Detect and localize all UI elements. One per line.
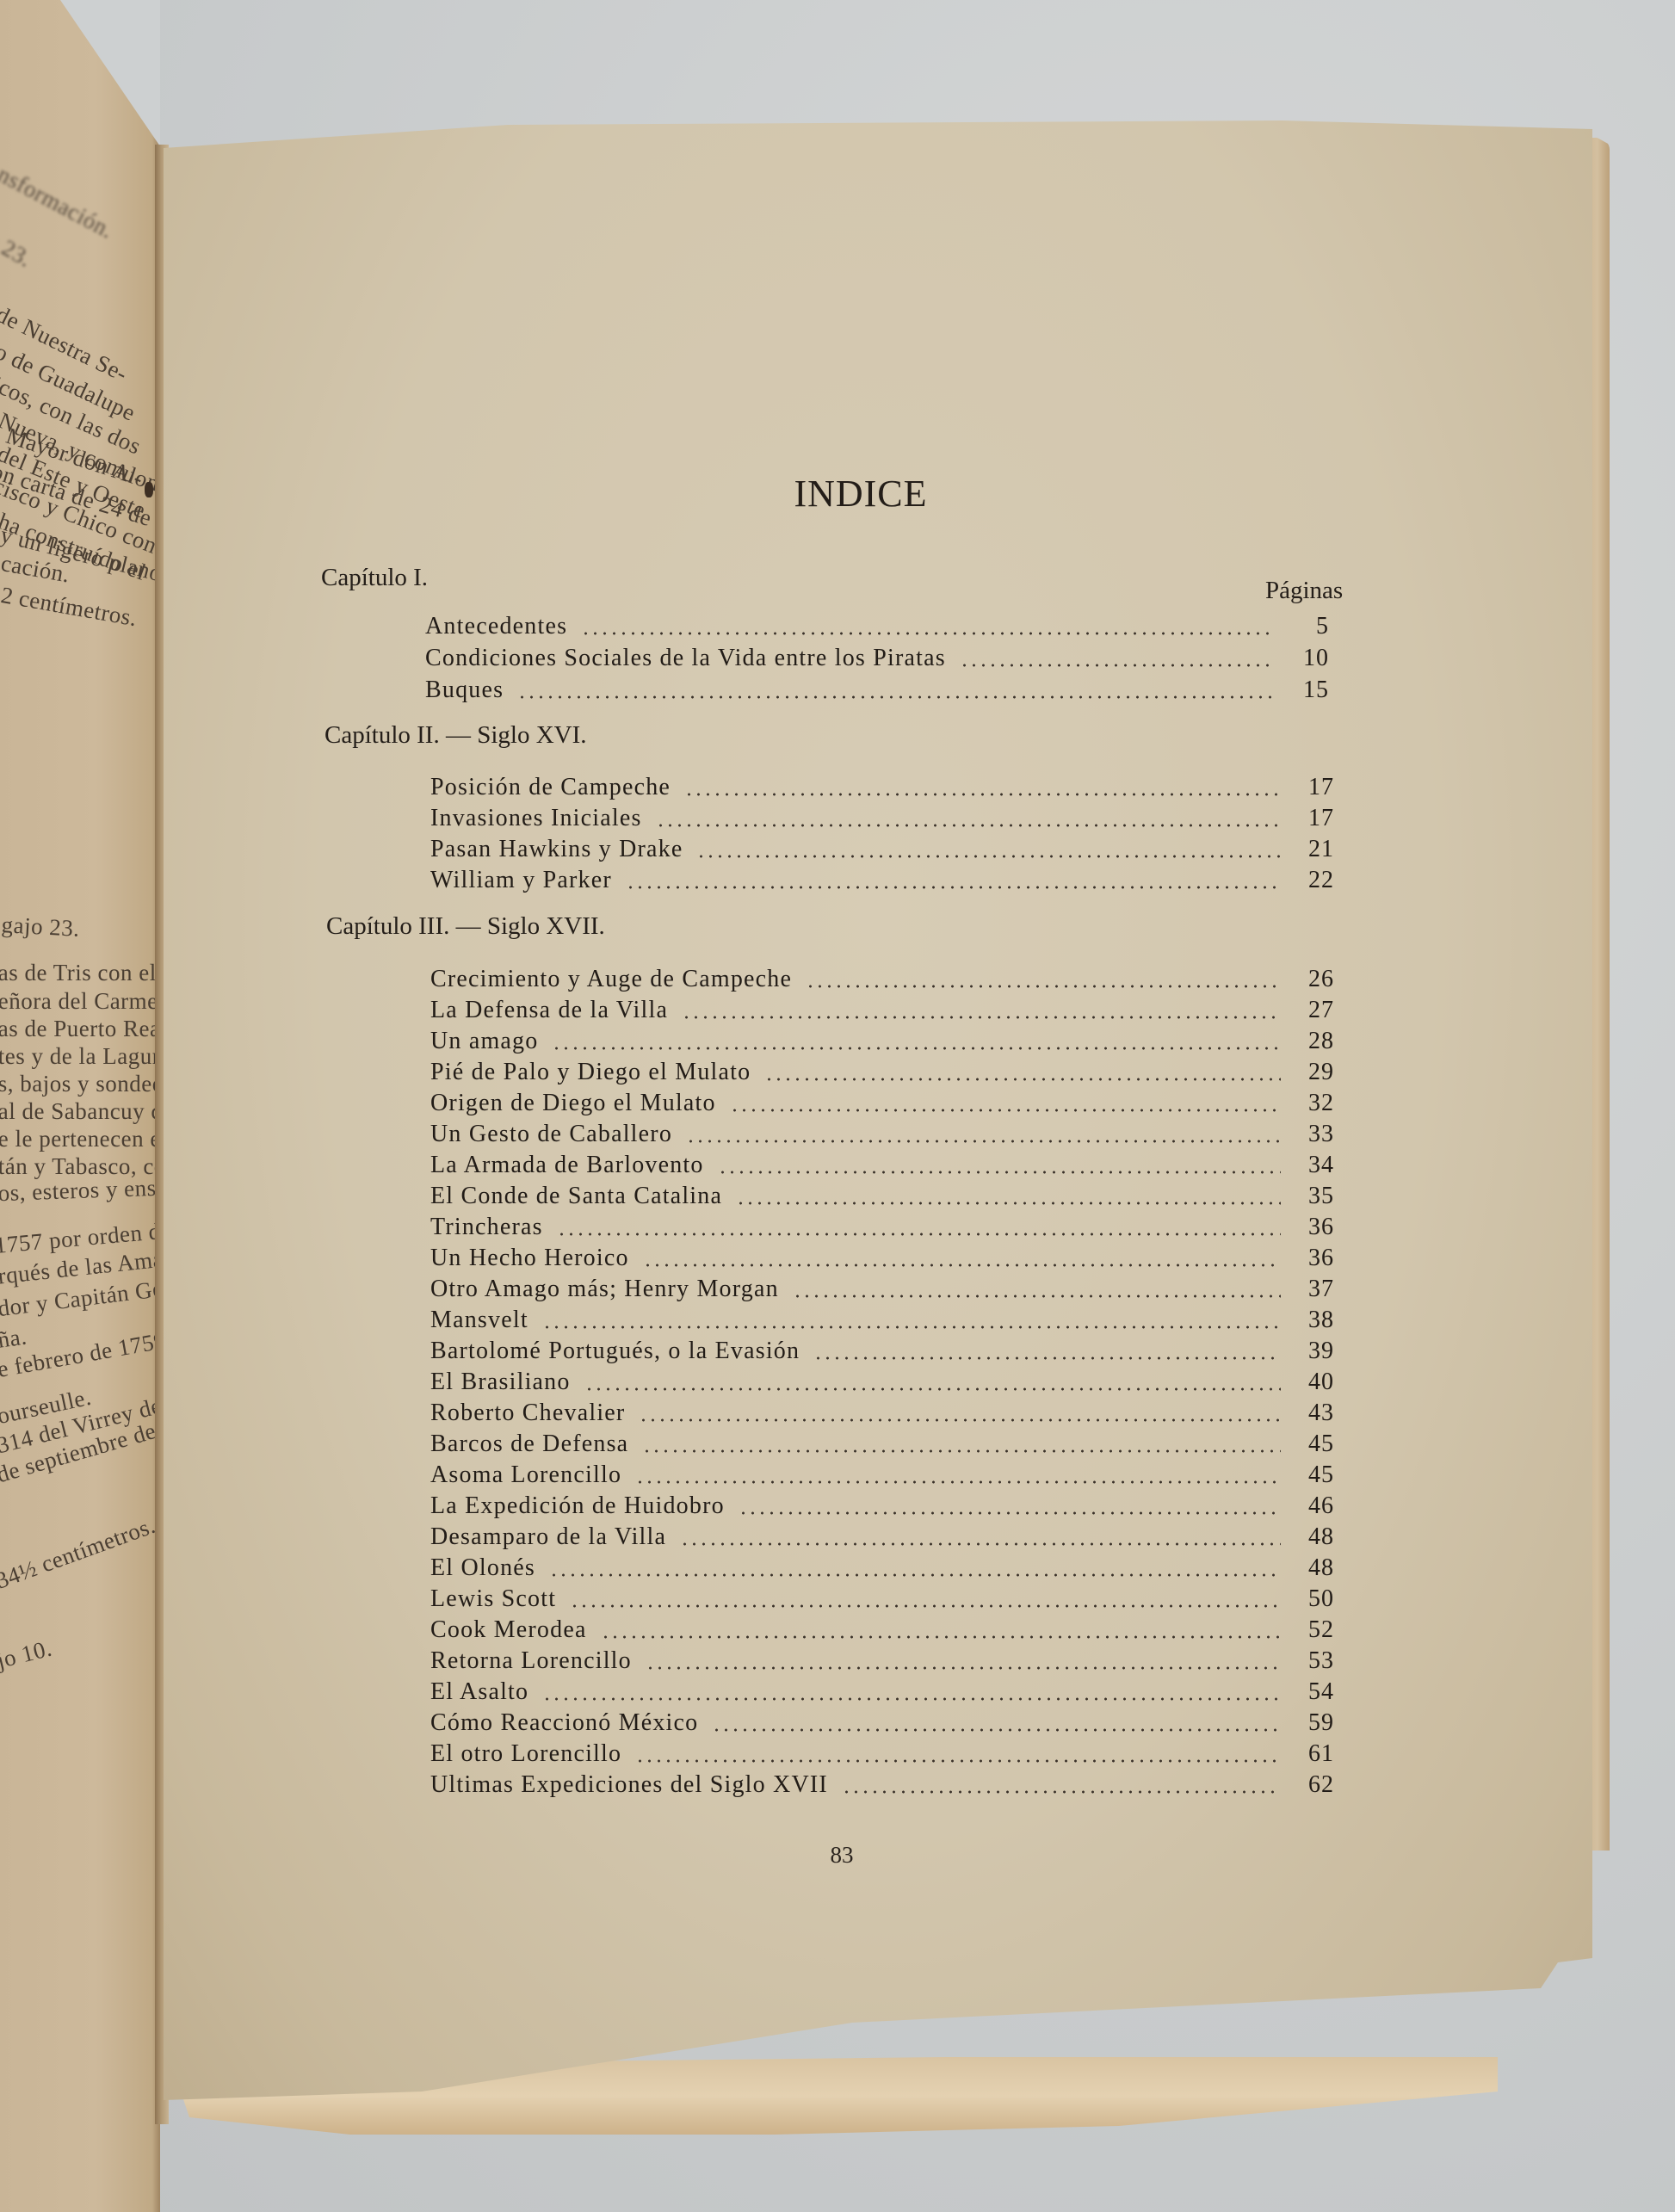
toc-entry: Lewis Scott50	[430, 1582, 1334, 1613]
toc-entry: Desamparo de la Villa48	[430, 1520, 1334, 1551]
entry-page: 54	[1293, 1678, 1334, 1706]
page-number: 83	[0, 1842, 1675, 1869]
entry-title: Asoma Lorencillo	[430, 1461, 621, 1489]
entry-page: 59	[1293, 1709, 1334, 1737]
pages-column-header: Páginas	[1265, 577, 1343, 605]
chapter-heading: Capítulo I.	[321, 564, 428, 592]
entry-page: 10	[1288, 645, 1329, 672]
leader-dots	[601, 1635, 1281, 1639]
entry-page: 26	[1293, 966, 1334, 993]
entry-title: William y Parker	[430, 867, 612, 894]
index-content: INDICE Capítulo I. Páginas Antecedentes5…	[0, 0, 1675, 2212]
entry-page: 37	[1293, 1276, 1334, 1303]
toc-entry: Origen de Diego el Mulato32	[430, 1086, 1334, 1117]
leader-dots	[806, 985, 1281, 988]
entry-page: 61	[1293, 1740, 1334, 1768]
toc-entry: Retorna Lorencillo53	[430, 1644, 1334, 1675]
leader-dots	[718, 1171, 1281, 1174]
toc-entry: Asoma Lorencillo45	[430, 1458, 1334, 1489]
entry-title: El Brasiliano	[430, 1369, 571, 1396]
leader-dots	[696, 855, 1281, 858]
entry-page: 28	[1293, 1028, 1334, 1055]
toc-entry: William y Parker22	[430, 863, 1334, 894]
toc-entry: Crecimiento y Auge de Campeche26	[430, 962, 1334, 993]
entry-page: 5	[1288, 613, 1329, 640]
toc-entry: Un Gesto de Caballero33	[430, 1117, 1334, 1148]
entry-page: 43	[1293, 1399, 1334, 1427]
leader-dots	[643, 1264, 1281, 1267]
leader-dots	[739, 1511, 1281, 1515]
entry-page: 53	[1293, 1647, 1334, 1675]
entry-title: Origen de Diego el Mulato	[430, 1090, 716, 1117]
entry-title: Cook Merodea	[430, 1616, 587, 1644]
toc-entry: Cómo Reaccionó México59	[430, 1706, 1334, 1737]
entry-title: Posición de Campeche	[430, 774, 671, 801]
entry-page: 32	[1293, 1090, 1334, 1117]
leader-dots	[684, 793, 1281, 796]
leader-dots	[552, 1047, 1281, 1050]
toc-entry: Pié de Palo y Diego el Mulato29	[430, 1055, 1334, 1086]
leader-dots	[635, 1480, 1281, 1484]
toc-entry: Buques15	[425, 673, 1329, 704]
leader-dots	[656, 824, 1281, 827]
leader-dots	[626, 886, 1281, 889]
entry-title: Trincheras	[430, 1214, 543, 1241]
leader-dots	[736, 1202, 1281, 1205]
entry-page: 33	[1293, 1121, 1334, 1148]
toc-entry: Condiciones Sociales de la Vida entre lo…	[425, 641, 1329, 672]
toc-entry: El otro Lorencillo61	[430, 1737, 1334, 1768]
entry-title: Cómo Reaccionó México	[430, 1709, 698, 1737]
chapter-heading: Capítulo III. — Siglo XVII.	[326, 912, 605, 941]
entry-title: Crecimiento y Auge de Campeche	[430, 966, 792, 993]
leader-dots	[542, 1325, 1281, 1329]
entry-page: 45	[1293, 1461, 1334, 1489]
leader-dots	[813, 1356, 1281, 1360]
entry-page: 21	[1293, 836, 1334, 863]
entry-page: 45	[1293, 1430, 1334, 1458]
entry-page: 17	[1293, 805, 1334, 832]
leader-dots	[842, 1790, 1281, 1794]
entry-page: 62	[1293, 1771, 1334, 1799]
entry-page: 48	[1293, 1523, 1334, 1551]
entry-page: 40	[1293, 1369, 1334, 1396]
leader-dots	[793, 1294, 1281, 1298]
entry-title: Ultimas Expediciones del Siglo XVII	[430, 1771, 828, 1799]
entry-title: La Armada de Barlovento	[430, 1152, 704, 1179]
entry-page: 46	[1293, 1492, 1334, 1520]
toc-entry: La Armada de Barlovento34	[430, 1148, 1334, 1179]
entry-title: Un amago	[430, 1028, 538, 1055]
toc-entry: Bartolomé Portugués, o la Evasión39	[430, 1334, 1334, 1365]
entry-title: Condiciones Sociales de la Vida entre lo…	[425, 645, 946, 672]
entry-title: Un Hecho Heroico	[430, 1245, 629, 1272]
entry-page: 38	[1293, 1307, 1334, 1334]
leader-dots	[960, 664, 1276, 667]
leader-dots	[581, 632, 1276, 635]
entry-title: El Asalto	[430, 1678, 528, 1706]
leader-dots	[642, 1449, 1281, 1453]
entry-title: Buques	[425, 677, 504, 704]
entry-page: 48	[1293, 1554, 1334, 1582]
entry-page: 15	[1288, 677, 1329, 704]
entry-title: Lewis Scott	[430, 1585, 556, 1613]
toc-entry: Invasiones Iniciales17	[430, 801, 1334, 832]
leader-dots	[542, 1697, 1281, 1701]
toc-entry: El Asalto54	[430, 1675, 1334, 1706]
entry-page: 35	[1293, 1183, 1334, 1210]
toc-entry: Mansvelt38	[430, 1303, 1334, 1334]
leader-dots	[686, 1140, 1281, 1143]
title-text: INDICE	[794, 473, 927, 515]
entry-title: Antecedentes	[425, 613, 567, 640]
entry-title: Un Gesto de Caballero	[430, 1121, 672, 1148]
page-title: INDICE	[0, 472, 1675, 516]
entry-title: Retorna Lorencillo	[430, 1647, 632, 1675]
entry-page: 34	[1293, 1152, 1334, 1179]
toc-entry: El Olonés48	[430, 1551, 1334, 1582]
entry-page: 22	[1293, 867, 1334, 894]
leader-dots	[517, 695, 1276, 699]
leader-dots	[557, 1233, 1281, 1236]
entry-page: 52	[1293, 1616, 1334, 1644]
leader-dots	[682, 1016, 1281, 1019]
toc-entry: La Expedición de Huidobro46	[430, 1489, 1334, 1520]
entry-title: La Defensa de la Villa	[430, 997, 668, 1024]
toc-entry: El Conde de Santa Catalina35	[430, 1179, 1334, 1210]
entry-title: Desamparo de la Villa	[430, 1523, 666, 1551]
entry-title: Roberto Chevalier	[430, 1399, 625, 1427]
leader-dots	[570, 1604, 1281, 1608]
leader-dots	[549, 1573, 1281, 1577]
leader-dots	[680, 1542, 1281, 1546]
entry-title: Bartolomé Portugués, o la Evasión	[430, 1338, 800, 1365]
leader-dots	[584, 1387, 1281, 1391]
entry-title: El otro Lorencillo	[430, 1740, 621, 1768]
toc-entry: Ultimas Expediciones del Siglo XVII62	[430, 1768, 1334, 1799]
leader-dots	[646, 1666, 1281, 1670]
entry-title: Pié de Palo y Diego el Mulato	[430, 1059, 751, 1086]
entry-page: 36	[1293, 1245, 1334, 1272]
entry-title: Otro Amago más; Henry Morgan	[430, 1276, 779, 1303]
entry-title: Pasan Hawkins y Drake	[430, 836, 683, 863]
leader-dots	[635, 1759, 1281, 1763]
toc-entry: Trincheras36	[430, 1210, 1334, 1241]
toc-entry: Roberto Chevalier43	[430, 1396, 1334, 1427]
toc-entry: El Brasiliano40	[430, 1365, 1334, 1396]
entry-title: Invasiones Iniciales	[430, 805, 642, 832]
toc-entry: Antecedentes5	[425, 609, 1329, 640]
toc-entry: Barcos de Defensa45	[430, 1427, 1334, 1458]
entry-title: Mansvelt	[430, 1307, 528, 1334]
toc-entry: Otro Amago más; Henry Morgan37	[430, 1272, 1334, 1303]
entry-title: Barcos de Defensa	[430, 1430, 628, 1458]
entry-page: 50	[1293, 1585, 1334, 1613]
entry-page: 29	[1293, 1059, 1334, 1086]
entry-title: El Conde de Santa Catalina	[430, 1183, 722, 1210]
toc-entry: Cook Merodea52	[430, 1613, 1334, 1644]
leader-dots	[764, 1078, 1281, 1081]
entry-title: El Olonés	[430, 1554, 535, 1582]
entry-title: La Expedición de Huidobro	[430, 1492, 725, 1520]
entry-page: 17	[1293, 774, 1334, 801]
leader-dots	[730, 1109, 1281, 1112]
toc-entry: Pasan Hawkins y Drake21	[430, 832, 1334, 863]
page-number-text: 83	[831, 1842, 854, 1868]
toc-entry: Un Hecho Heroico36	[430, 1241, 1334, 1272]
chapter-heading: Capítulo II. — Siglo XVI.	[324, 721, 587, 750]
entry-page: 36	[1293, 1214, 1334, 1241]
leader-dots	[712, 1728, 1281, 1732]
leader-dots	[639, 1418, 1281, 1422]
toc-entry: Posición de Campeche17	[430, 770, 1334, 801]
toc-entry: La Defensa de la Villa27	[430, 993, 1334, 1024]
toc-entry: Un amago28	[430, 1024, 1334, 1055]
entry-page: 39	[1293, 1338, 1334, 1365]
entry-page: 27	[1293, 997, 1334, 1024]
